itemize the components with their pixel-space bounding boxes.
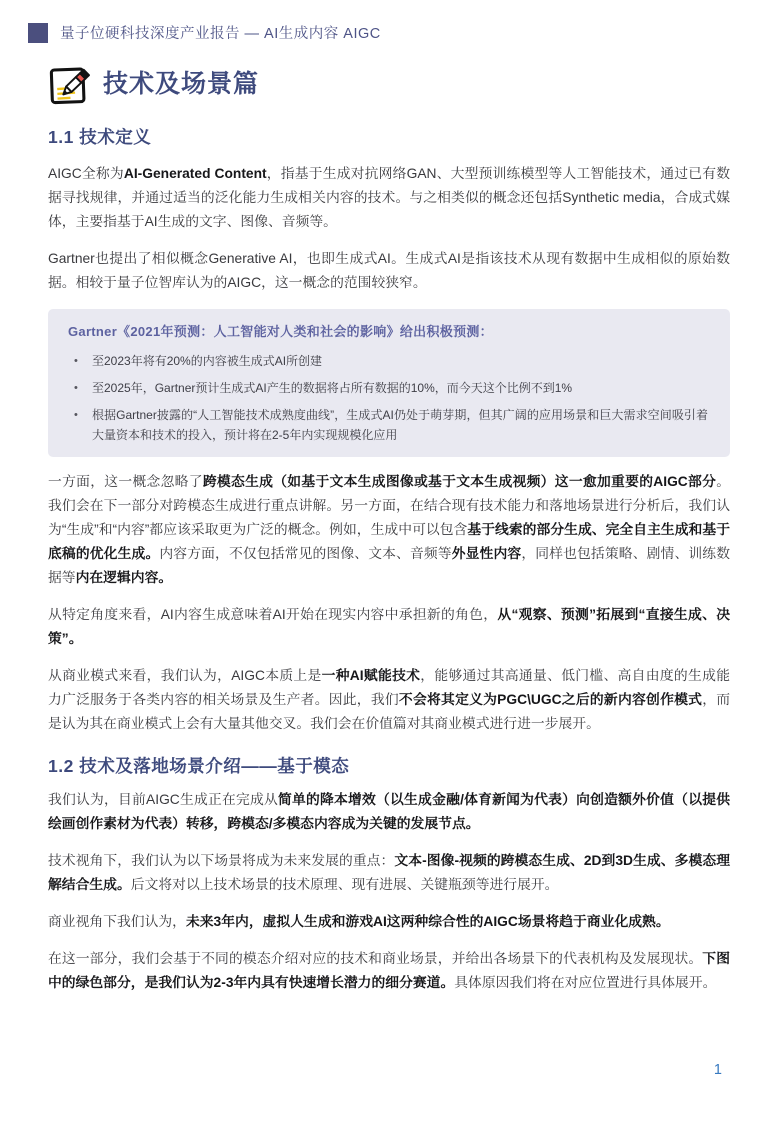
- text-run: 外显性内容: [452, 546, 522, 561]
- paragraph-business-view: 商业视角下我们认为，未来3年内，虚拟人生成和游戏AI这两种综合性的AIGC场景将…: [48, 910, 730, 934]
- text-run: 内在逻辑内容。: [76, 570, 173, 585]
- callout-bullet: 至2025年，Gartner预计生成式AI产生的数据将占所有数据的10%，而今天…: [68, 378, 708, 398]
- paragraph-ai-role: 从特定角度来看，AI内容生成意味着AI开始在现实内容中承担新的角色，从“观察、预…: [48, 603, 730, 651]
- callout-bullet-list: 至2023年将有20%的内容被生成式AI所创建 至2025年，Gartner预计…: [68, 351, 708, 445]
- text-run: 内容方面，不仅包括常见的图像、文本、音频等: [159, 546, 451, 561]
- header-square-marker: [28, 23, 48, 43]
- paragraph-cross-modal: 一方面，这一概念忽略了跨模态生成（如基于文本生成图像或基于文本生成视频）这一愈加…: [48, 470, 730, 590]
- text-run: 商业视角下我们认为，: [48, 914, 186, 929]
- callout-bullet: 至2023年将有20%的内容被生成式AI所创建: [68, 351, 708, 371]
- text-run: 不会将其定义为PGC\UGC之后的新内容创作模式: [399, 692, 702, 707]
- text-run: 一方面，这一概念忽略了: [48, 474, 203, 489]
- callout-bullet: 根据Gartner披露的“人工智能技术成熟度曲线”，生成式AI仍处于萌芽期，但其…: [68, 405, 708, 445]
- text-run: 未来3年内，虚拟人生成和游戏AI这两种综合性的AIGC场景将趋于商业化成熟。: [186, 914, 670, 929]
- text-run: 从特定角度来看，AI内容生成意味着AI开始在现实内容中承担新的角色，: [48, 607, 497, 622]
- text-run: 后文将对以上技术场景的技术原理、现有进展、关键瓶颈等进行展开。: [131, 877, 559, 892]
- heading-1-1: 1.1 技术定义: [48, 125, 730, 149]
- text-run: 在这一部分，我们会基于不同的模态介绍对应的技术和商业场景，并给出各场景下的代表机…: [48, 951, 702, 966]
- text-run: 我们认为，目前AIGC生成正在完成从: [48, 792, 278, 807]
- text-run: Gartner也提出了相似概念Generative AI，也即生成式AI。生成式…: [48, 251, 730, 290]
- report-page: 量子位硬科技深度产业报告 — AI生成内容 AIGC 技术及场景篇: [0, 0, 776, 1122]
- memo-pencil-icon: [48, 56, 94, 108]
- heading-1-2: 1.2 技术及落地场景介绍——基于模态: [48, 754, 730, 778]
- paragraph-modality-intro: 在这一部分，我们会基于不同的模态介绍对应的技术和商业场景，并给出各场景下的代表机…: [48, 947, 730, 995]
- text-run: AIGC全称为: [48, 166, 124, 181]
- text-run: 技术视角下，我们认为以下场景将成为未来发展的重点：: [48, 853, 394, 868]
- text-run: 跨模态生成（如基于文本生成图像或基于文本生成视频）这一愈加重要的AIGC部分: [203, 474, 716, 489]
- page-number: 1: [714, 1062, 722, 1078]
- section-banner: 技术及场景篇: [48, 56, 259, 108]
- gartner-callout-box: Gartner《2021年预测：人工智能对人类和社会的影响》给出积极预测： 至2…: [48, 309, 730, 457]
- document-body: 1.1 技术定义 AIGC全称为AI-Generated Content，指基于…: [48, 119, 730, 995]
- text-run: 从商业模式来看，我们认为，AIGC本质上是: [48, 668, 322, 683]
- text-run: 具体原因我们将在对应位置进行具体展开。: [454, 975, 716, 990]
- report-title: 量子位硬科技深度产业报告 — AI生成内容 AIGC: [60, 22, 381, 43]
- paragraph-gartner-concept: Gartner也提出了相似概念Generative AI，也即生成式AI。生成式…: [48, 247, 730, 295]
- paragraph-transition: 我们认为，目前AIGC生成正在完成从简单的降本增效（以生成金融/体育新闻为代表）…: [48, 788, 730, 836]
- text-run: AI-Generated Content: [124, 166, 267, 181]
- paragraph-definition: AIGC全称为AI-Generated Content，指基于生成对抗网络GAN…: [48, 162, 730, 234]
- section-title: 技术及场景篇: [103, 64, 259, 100]
- callout-title: Gartner《2021年预测：人工智能对人类和社会的影响》给出积极预测：: [68, 323, 708, 341]
- paragraph-business-model: 从商业模式来看，我们认为，AIGC本质上是一种AI赋能技术，能够通过其高通量、低…: [48, 664, 730, 736]
- report-header: 量子位硬科技深度产业报告 — AI生成内容 AIGC: [28, 22, 381, 43]
- paragraph-tech-view: 技术视角下，我们认为以下场景将成为未来发展的重点：文本-图像-视频的跨模态生成、…: [48, 849, 730, 897]
- text-run: 一种AI赋能技术: [322, 668, 421, 683]
